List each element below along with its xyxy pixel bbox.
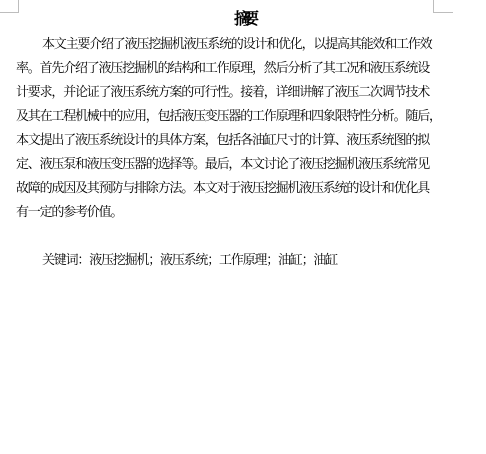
abstract-line: 率。首先介绍了液压挖掘机的结构和工作原理，然后分析了其工况和液压系统设 <box>16 56 440 80</box>
abstract-line: 有一定的参考价值。 <box>16 200 440 224</box>
text-boundary-mark-top-right-horizontal <box>433 12 453 13</box>
keywords-line: 关键词：液压挖掘机；液压系统；工作原理；油缸；油缸 <box>16 248 440 272</box>
abstract-line: 计要求，并论证了液压系统方案的可行性。接着，详细讲解了液压二次调节技术 <box>16 80 440 104</box>
abstract-paragraph: 本文主要介绍了液压挖掘机液压系统的设计和优化，以提高其能效和工作效 率。首先介绍… <box>16 32 440 272</box>
abstract-title: 摘要 <box>0 10 486 30</box>
abstract-line: 本文主要介绍了液压挖掘机液压系统的设计和优化，以提高其能效和工作效 <box>16 32 440 56</box>
document-page: 摘要 本文主要介绍了液压挖掘机液压系统的设计和优化，以提高其能效和工作效 率。首… <box>0 0 486 454</box>
abstract-line: 本文提出了液压系统设计的具体方案，包括各油缸尺寸的计算、液压系统图的拟 <box>16 128 440 152</box>
abstract-line: 故障的成因及其预防与排除方法。本文对于液压挖掘机液压系统的设计和优化具 <box>16 176 440 200</box>
abstract-line: 及其在工程机械中的应用，包括液压变压器的工作原理和四象限特性分析。随后， <box>16 104 440 128</box>
abstract-line: 定、液压泵和液压变压器的选择等。最后，本文讨论了液压挖掘机液压系统常见 <box>16 152 440 176</box>
text-boundary-mark-top-right-vertical <box>433 0 434 12</box>
text-boundary-mark-top-left-vertical <box>18 0 19 12</box>
text-boundary-mark-top-left-horizontal <box>0 12 19 13</box>
